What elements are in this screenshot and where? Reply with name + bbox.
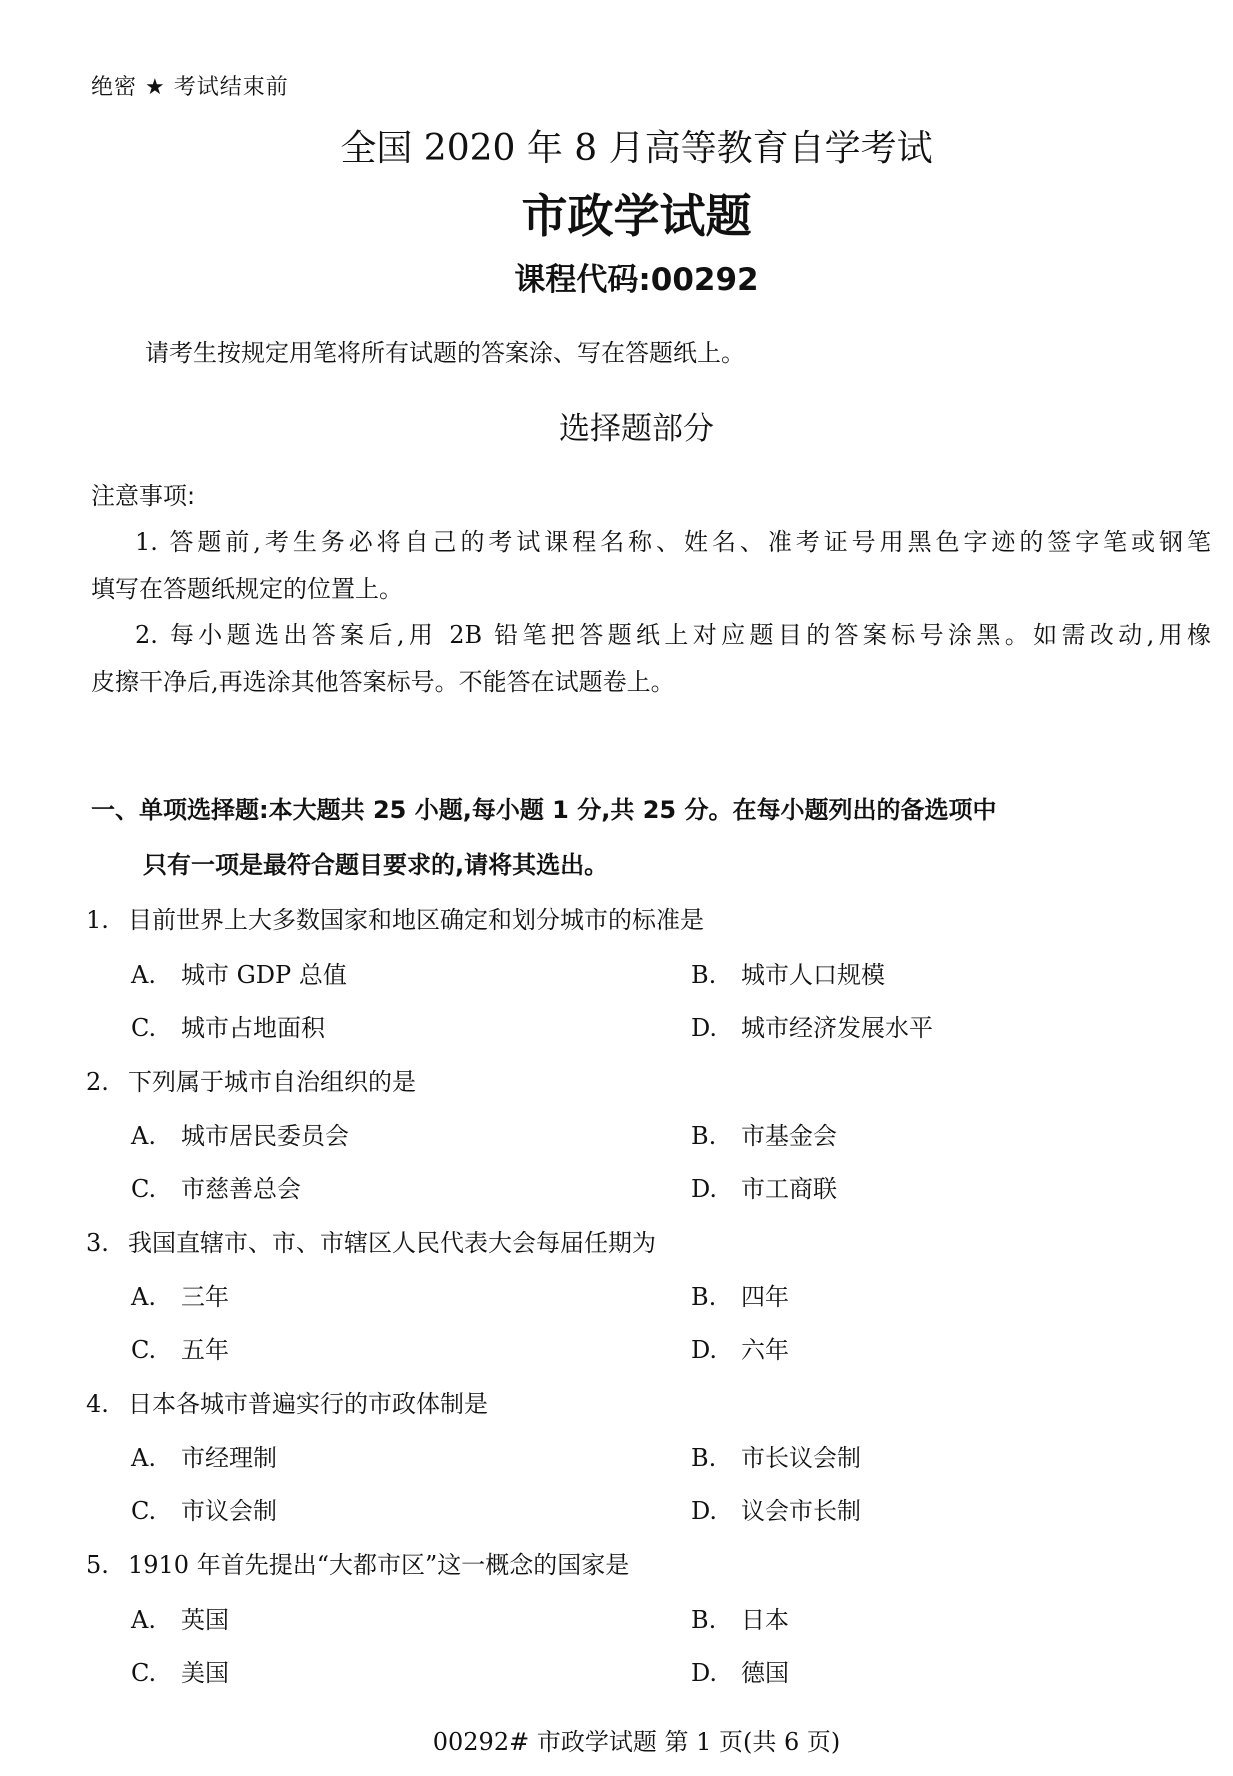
- option-label: D.: [691, 1175, 741, 1203]
- exam-title: 全国 2020 年 8 月高等教育自学考试: [0, 120, 1233, 171]
- question-text: 我国直辖市、市、市辖区人民代表大会每届任期为: [128, 1229, 656, 1257]
- question-text: 日本各城市普遍实行的市政体制是: [128, 1390, 488, 1418]
- option-label: C.: [131, 1175, 181, 1203]
- option-text: 城市占地面积: [181, 1014, 325, 1042]
- option-text: 德国: [741, 1659, 789, 1687]
- option-label: B.: [691, 1444, 741, 1472]
- option-label: A.: [131, 1122, 181, 1150]
- q5-option-a: A.英国: [131, 1600, 229, 1635]
- q2-option-b: B.市基金会: [691, 1116, 837, 1151]
- q3-option-b: B.四年: [691, 1277, 789, 1312]
- q4-option-c: C.市议会制: [131, 1491, 277, 1526]
- option-label: D.: [691, 1336, 741, 1364]
- answer-instruction: 请考生按规定用笔将所有试题的答案涂、写在答题纸上。: [145, 333, 745, 368]
- option-label: B.: [691, 961, 741, 989]
- option-text: 市议会制: [181, 1497, 277, 1525]
- option-text: 市经理制: [181, 1444, 277, 1472]
- option-text: 六年: [741, 1336, 789, 1364]
- question-text: 下列属于城市自治组织的是: [128, 1068, 416, 1096]
- option-text: 市基金会: [741, 1122, 837, 1150]
- question-number: 5.: [86, 1551, 128, 1579]
- option-text: 城市人口规模: [741, 961, 885, 989]
- option-text: 英国: [181, 1606, 229, 1634]
- q5-option-b: B.日本: [691, 1600, 789, 1635]
- q1-option-c: C.城市占地面积: [131, 1008, 325, 1043]
- q4-option-b: B.市长议会制: [691, 1438, 861, 1473]
- option-text: 市工商联: [741, 1175, 837, 1203]
- question-number: 1.: [86, 906, 128, 934]
- option-text: 美国: [181, 1659, 229, 1687]
- option-label: A.: [131, 1444, 181, 1472]
- note-1-line-1: 1. 答题前,考生务必将自己的考试课程名称、姓名、准考证号用黑色字迹的签字笔或钢…: [135, 522, 1211, 557]
- option-text: 三年: [181, 1283, 229, 1311]
- option-text: 五年: [181, 1336, 229, 1364]
- option-label: C.: [131, 1014, 181, 1042]
- option-label: C.: [131, 1497, 181, 1525]
- option-label: A.: [131, 961, 181, 989]
- question-2: 2.下列属于城市自治组织的是: [86, 1062, 416, 1097]
- q5-option-c: C.美国: [131, 1653, 229, 1688]
- subject-title: 市政学试题: [0, 180, 1233, 246]
- option-text: 日本: [741, 1606, 789, 1634]
- star-icon: ★: [145, 75, 166, 100]
- option-label: C.: [131, 1336, 181, 1364]
- q1-option-b: B.城市人口规模: [691, 955, 885, 990]
- q3-option-c: C.五年: [131, 1330, 229, 1365]
- section-heading: 一、单项选择题:本大题共 25 小题,每小题 1 分,共 25 分。在每小题列出…: [91, 790, 996, 825]
- q1-option-a: A.城市 GDP 总值: [131, 955, 347, 990]
- question-3: 3.我国直辖市、市、市辖区人民代表大会每届任期为: [86, 1223, 656, 1258]
- q3-option-d: D.六年: [691, 1330, 789, 1365]
- note-2-line-2: 皮擦干净后,再选涂其他答案标号。不能答在试题卷上。: [91, 662, 1211, 697]
- option-label: D.: [691, 1014, 741, 1042]
- q2-option-a: A.城市居民委员会: [131, 1116, 349, 1151]
- confidential-text: 绝密: [91, 75, 137, 100]
- q3-option-a: A.三年: [131, 1277, 229, 1312]
- question-text: 1910 年首先提出“大都市区”这一概念的国家是: [128, 1551, 629, 1579]
- option-text: 城市 GDP 总值: [181, 961, 347, 989]
- q4-option-a: A.市经理制: [131, 1438, 277, 1473]
- confidential-label: 绝密★考试结束前: [91, 70, 289, 101]
- q2-option-d: D.市工商联: [691, 1169, 837, 1204]
- option-label: C.: [131, 1659, 181, 1687]
- question-text: 目前世界上大多数国家和地区确定和划分城市的标准是: [128, 906, 704, 934]
- option-label: D.: [691, 1497, 741, 1525]
- q2-option-c: C.市慈善总会: [131, 1169, 301, 1204]
- option-text: 城市经济发展水平: [741, 1014, 933, 1042]
- q5-option-d: D.德国: [691, 1653, 789, 1688]
- option-text: 市慈善总会: [181, 1175, 301, 1203]
- option-text: 城市居民委员会: [181, 1122, 349, 1150]
- confidential-until-text: 考试结束前: [174, 75, 289, 100]
- notes-heading: 注意事项:: [91, 476, 195, 511]
- part-title: 选择题部分: [0, 403, 1233, 448]
- option-label: B.: [691, 1122, 741, 1150]
- q1-option-d: D.城市经济发展水平: [691, 1008, 933, 1043]
- option-label: A.: [131, 1283, 181, 1311]
- option-label: B.: [691, 1283, 741, 1311]
- note-1-line-2: 填写在答题纸规定的位置上。: [91, 569, 1211, 604]
- question-number: 4.: [86, 1390, 128, 1418]
- question-4: 4.日本各城市普遍实行的市政体制是: [86, 1384, 488, 1419]
- q4-option-d: D.议会市长制: [691, 1491, 861, 1526]
- option-label: D.: [691, 1659, 741, 1687]
- page-footer: 00292# 市政学试题 第 1 页(共 6 页): [0, 1722, 1233, 1757]
- option-text: 市长议会制: [741, 1444, 861, 1472]
- note-2-line-1: 2. 每小题选出答案后,用 2B 铅笔把答题纸上对应题目的答案标号涂黑。如需改动…: [135, 615, 1211, 650]
- question-number: 3.: [86, 1229, 128, 1257]
- question-number: 2.: [86, 1068, 128, 1096]
- option-text: 议会市长制: [741, 1497, 861, 1525]
- question-1: 1.目前世界上大多数国家和地区确定和划分城市的标准是: [86, 900, 704, 935]
- option-label: B.: [691, 1606, 741, 1634]
- question-5: 5.1910 年首先提出“大都市区”这一概念的国家是: [86, 1545, 629, 1580]
- section-heading-continued: 只有一项是最符合题目要求的,请将其选出。: [143, 845, 608, 880]
- option-label: A.: [131, 1606, 181, 1634]
- course-code: 课程代码:00292: [0, 254, 1233, 299]
- option-text: 四年: [741, 1283, 789, 1311]
